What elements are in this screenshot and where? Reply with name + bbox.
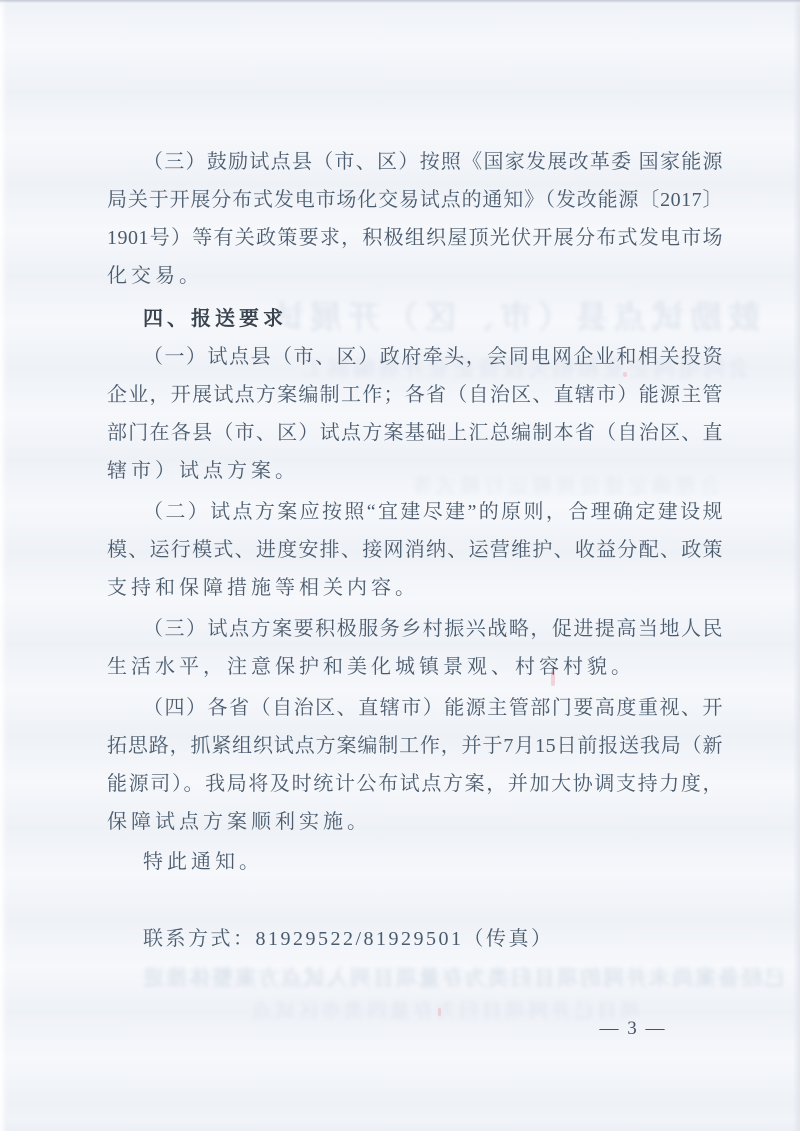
paragraph-hereby-notice: 特此通知。 xyxy=(107,843,723,881)
paragraph-contact-info: 联系方式：81929522/81929501（传真） xyxy=(107,920,723,958)
doc-line: 生活水平，注意保护和美化城镇景观、村容村貌。 xyxy=(107,648,723,686)
bleedthrough-text: 已经备案尚未并网的项目归类为存量项目列入试点方案整体推进 xyxy=(140,962,785,992)
section-heading: 四、报送要求 xyxy=(107,300,723,338)
doc-line: 1901号）等有关政策要求，积极组织屋顶光伏开展分布式发电市场 xyxy=(107,219,723,257)
doc-line: （三）鼓励试点县（市、区）按照《国家发展改革委 国家能源 xyxy=(107,143,723,181)
doc-line: （三）试点方案要积极服务乡村振兴战略，促进提高当地人民 xyxy=(107,610,723,648)
scanned-page: 鼓励试点县（市、区）开展试点 会同电网企业和相关投资企业开展编制工作 合理确定建… xyxy=(0,0,800,1131)
paragraph-2-plan-principles: （二）试点方案应按照“宜建尽建”的原则，合理确定建设规 模、运行模式、进度安排、… xyxy=(107,493,723,607)
doc-line: 特此通知。 xyxy=(107,843,723,881)
page-number: — 3 — xyxy=(588,1018,678,1040)
doc-line: 局关于开展分布式发电市场化交易试点的通知》（发改能源〔2017〕 xyxy=(107,181,723,219)
doc-line: 化交易。 xyxy=(107,257,723,295)
bleedthrough-text: 项目已并网项目归为存量四类市区试点 xyxy=(170,994,640,1023)
paragraph-3-roof-pv-trading: （三）鼓励试点县（市、区）按照《国家发展改革委 国家能源 局关于开展分布式发电市… xyxy=(107,143,723,295)
document-body: （三）鼓励试点县（市、区）按照《国家发展改革委 国家能源 局关于开展分布式发电市… xyxy=(107,143,723,958)
doc-line: 能源司）。我局将及时统计公布试点方案，并加大协调支持力度， xyxy=(107,765,723,803)
doc-line: 模、运行模式、进度安排、接网消纳、运营维护、收益分配、政策 xyxy=(107,531,723,569)
doc-line: 部门在各县（市、区）试点方案基础上汇总编制本省（自治区、直 xyxy=(107,414,723,452)
doc-line: 保障试点方案顺利实施。 xyxy=(107,803,723,841)
doc-line: 辖市）试点方案。 xyxy=(107,452,723,490)
section-heading-reporting-requirements: 四、报送要求 xyxy=(107,300,723,338)
doc-line: （四）各省（自治区、直辖市）能源主管部门要高度重视、开 xyxy=(107,689,723,727)
doc-line: （一）试点县（市、区）政府牵头，会同电网企业和相关投资 xyxy=(107,338,723,376)
doc-line: 拓思路，抓紧组织试点方案编制工作，并于7月15日前报送我局（新 xyxy=(107,727,723,765)
doc-line: 企业，开展试点方案编制工作；各省（自治区、直辖市）能源主管 xyxy=(107,376,723,414)
scan-artifact xyxy=(438,1008,441,1016)
paragraph-1-plan-compilation: （一）试点县（市、区）政府牵头，会同电网企业和相关投资 企业，开展试点方案编制工… xyxy=(107,338,723,490)
doc-line: （二）试点方案应按照“宜建尽建”的原则，合理确定建设规 xyxy=(107,493,723,531)
doc-line: 支持和保障措施等相关内容。 xyxy=(107,569,723,607)
contact-line: 联系方式：81929522/81929501（传真） xyxy=(107,920,723,958)
paragraph-4-submission-deadline: （四）各省（自治区、直辖市）能源主管部门要高度重视、开 拓思路，抓紧组织试点方案… xyxy=(107,689,723,841)
paragraph-3-rural-revitalization: （三）试点方案要积极服务乡村振兴战略，促进提高当地人民 生活水平，注意保护和美化… xyxy=(107,610,723,686)
